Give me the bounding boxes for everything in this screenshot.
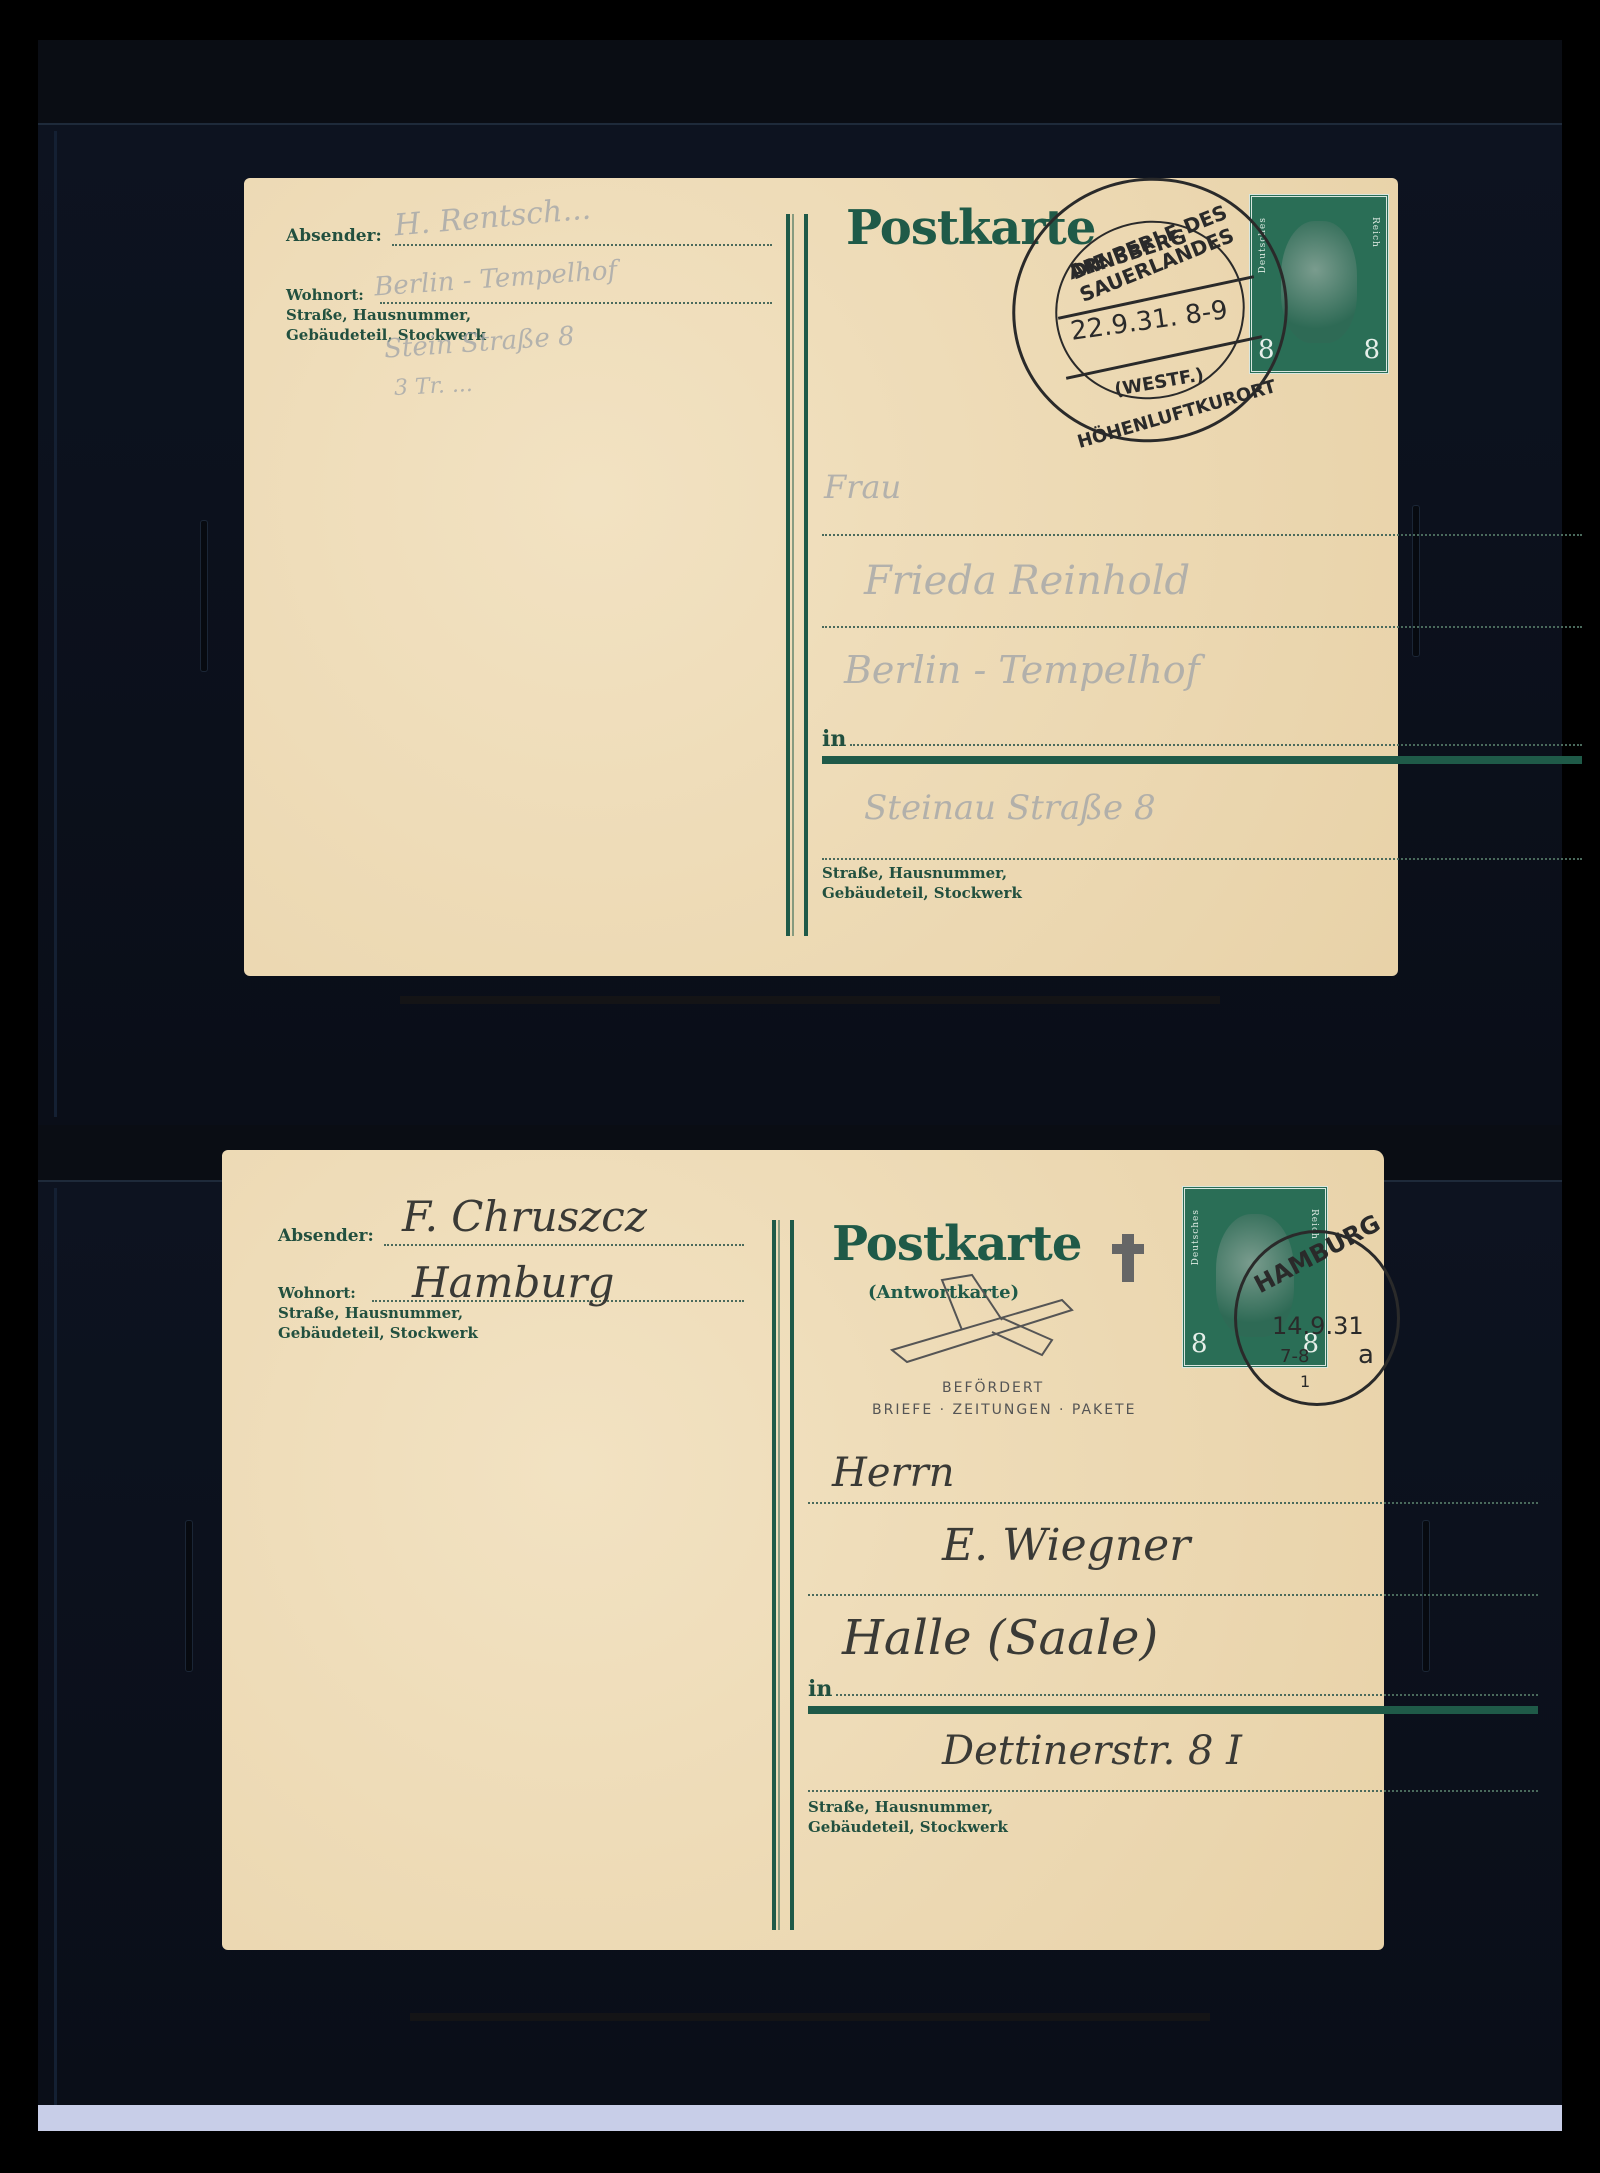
address-hint: Straße, Hausnummer, — [822, 864, 1007, 883]
postmark-time: 7-8 — [1280, 1346, 1309, 1367]
mount-slot — [1412, 505, 1420, 657]
postmark-suffix: a — [1358, 1340, 1374, 1370]
strip-shadow — [410, 2013, 1210, 2021]
thick-rule — [822, 756, 1582, 764]
airplane-icon — [882, 1270, 1082, 1370]
dotted-line — [822, 626, 1582, 628]
eagle-emblem-icon — [1108, 1230, 1148, 1286]
divider-rule — [786, 214, 808, 936]
dotted-line — [836, 1694, 1538, 1696]
handwritten-recipient: Berlin - Tempelhof — [844, 648, 1200, 692]
handwritten-sender: Hamburg — [412, 1258, 614, 1307]
handwritten-sender: F. Chruszcz — [402, 1192, 647, 1241]
dotted-line — [822, 858, 1582, 860]
handwritten-recipient: Herrn — [832, 1450, 955, 1496]
stamp-country-text: Deutsches — [1191, 1209, 1201, 1265]
handwritten-recipient: Dettinerstr. 8 I — [942, 1728, 1242, 1774]
address-hint: Gebäudeteil, Stockwerk — [822, 884, 1022, 903]
address-hint: Gebäudeteil, Stockwerk — [808, 1818, 1008, 1837]
thick-rule — [808, 1706, 1538, 1714]
divider-rule — [772, 1220, 794, 1930]
address-hint: Gebäudeteil, Stockwerk — [278, 1324, 478, 1343]
dotted-line — [392, 244, 772, 246]
machine-cancel-line2: BRIEFE · ZEITUNGEN · PAKETE — [872, 1402, 1136, 1418]
handwritten-recipient: Halle (Saale) — [842, 1610, 1158, 1666]
dotted-line — [850, 744, 1582, 746]
page-bottom-edge — [38, 2105, 1562, 2131]
mount-slot — [1422, 1520, 1430, 1672]
dotted-line — [380, 302, 772, 304]
mount-slot — [185, 1520, 193, 1672]
postcard-hamburg: Absender: Wohnort: Straße, Hausnummer, G… — [222, 1150, 1384, 1950]
sender-label: Absender: — [278, 1226, 374, 1246]
postmark-office: 1 — [1300, 1372, 1310, 1391]
postmark-date: 14.9.31 — [1272, 1312, 1364, 1340]
in-label: in — [808, 1676, 832, 1702]
sender-label: Absender: — [286, 226, 382, 246]
handwritten-sender: H. Rentsch... — [393, 191, 592, 243]
handwritten-recipient: E. Wiegner — [942, 1520, 1190, 1571]
strip-shadow — [400, 996, 1220, 1004]
stamp-value: 8 — [1191, 1329, 1208, 1359]
handwritten-recipient: Frau — [824, 468, 901, 506]
stamp-country-text: Reich — [1370, 217, 1380, 248]
postcard-arnsberg: Absender: Wohnort: Straße, Hausnummer, G… — [244, 178, 1398, 976]
address-hint: Straße, Hausnummer, — [808, 1798, 993, 1817]
handwritten-sender: 3 Tr. ... — [393, 372, 473, 401]
dotted-line — [384, 1244, 744, 1246]
residence-label: Wohnort: — [286, 286, 364, 304]
handwritten-recipient: Frieda Reinhold — [864, 558, 1190, 604]
dotted-line — [808, 1502, 1538, 1504]
handwritten-sender: Berlin - Tempelhof — [373, 256, 618, 303]
stamp-value: 8 — [1363, 335, 1380, 365]
machine-cancel-line1: BEFÖRDERT — [942, 1380, 1044, 1396]
portrait-image — [1281, 221, 1356, 343]
postkarte-title: Postkarte — [832, 1216, 1081, 1272]
dotted-line — [822, 534, 1582, 536]
address-hint: Straße, Hausnummer, — [286, 306, 471, 325]
mount-slot — [200, 520, 208, 672]
handwritten-recipient: Steinau Straße 8 — [864, 788, 1156, 828]
residence-label: Wohnort: — [278, 1284, 356, 1302]
dotted-line — [808, 1790, 1538, 1792]
dotted-line — [808, 1594, 1538, 1596]
in-label: in — [822, 726, 846, 752]
